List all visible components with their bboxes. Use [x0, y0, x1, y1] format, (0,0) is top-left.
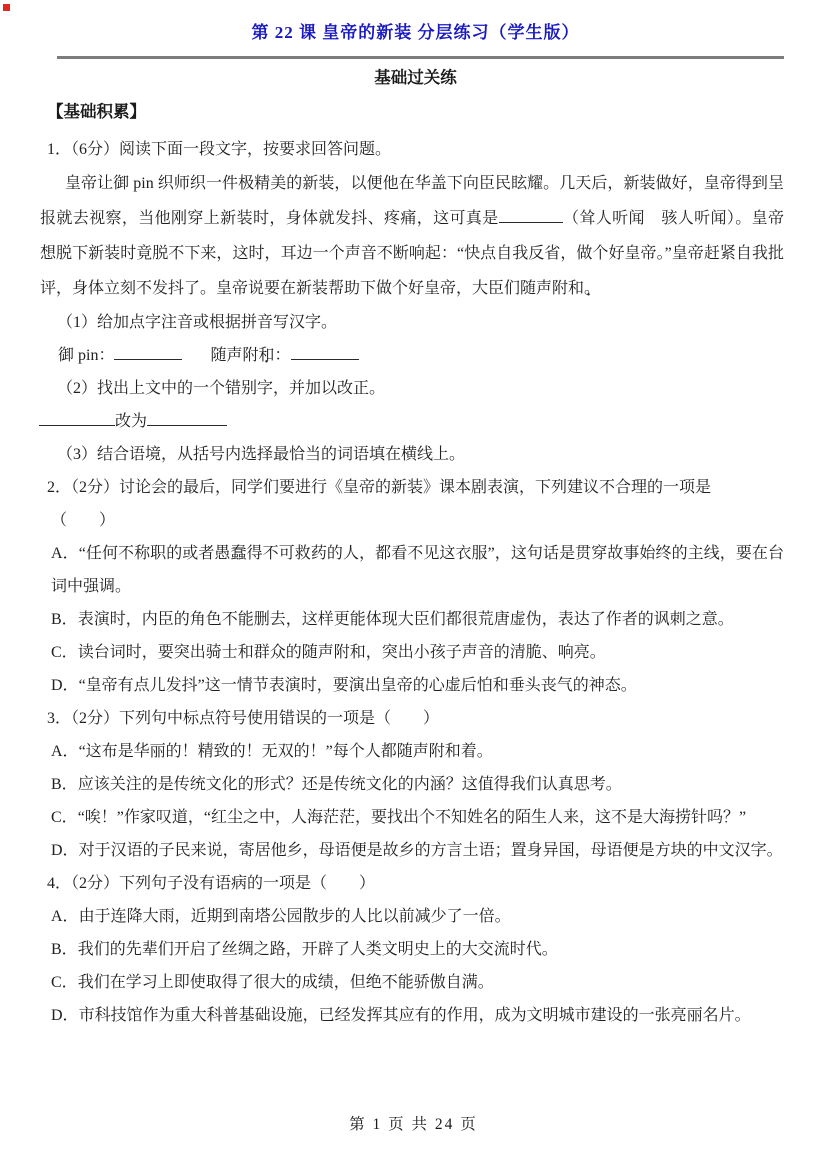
option-label: B． [51, 611, 78, 628]
option-label: C． [51, 809, 78, 826]
correction-blank-2 [147, 408, 227, 426]
q2-option-a: A．“任何不称职的或者愚蠢得不可救药的人，都看不见这衣服”，这句话是贯穿故事始终… [51, 537, 784, 603]
option-text: 市科技馆作为重大科普基础设施，已经发挥其应有的作用，成为文明城市建设的一张亮丽名… [79, 1007, 751, 1024]
q1-fill-line: 御 pin：随声附和： [58, 339, 784, 372]
q1-fill-dotted-char: 和 [258, 347, 274, 364]
section-title: 基础过关练 [47, 66, 784, 90]
option-text: 读台词时，要突出骑士和群众的随声附和，突出小孩子声音的清脆、响亮。 [78, 644, 606, 661]
q1-correction-line: 改为 [39, 405, 784, 438]
option-text: “唉！”作家叹道，“红尘之中，人海茫茫，要找出个不知姓名的陌生人来，这不是大海捞… [78, 809, 746, 826]
q1-fill-label-2: 随声附 [210, 347, 258, 364]
option-label: C． [51, 974, 78, 991]
q3-option-d: D．对于汉语的子民来说，寄居他乡，母语便是故乡的方言土语；置身异国，母语便是方块… [51, 834, 784, 867]
page-content: 第 22 课 皇帝的新装 分层练习（学生版） 基础过关练 【基础积累】 1．（6… [0, 0, 827, 1032]
option-text: 应该关注的是传统文化的形式？还是传统文化的内涵？这值得我们认真思考。 [78, 776, 622, 793]
option-text: 由于连降大雨，近期到南塔公园散步的人比以前减少了一倍。 [79, 908, 511, 925]
q3-option-b: B．应该关注的是传统文化的形式？还是传统文化的内涵？这值得我们认真思考。 [51, 768, 784, 801]
option-text: “这布是华丽的！精致的！无双的！”每个人都随声附和着。 [79, 743, 493, 760]
q1-sub2: （2）找出上文中的一个错别字，并加以改正。 [57, 372, 784, 405]
option-label: B． [51, 941, 78, 958]
q1-stem: 1．（6分）阅读下面一段文字，按要求回答问题。 [47, 133, 784, 166]
page-number: 第 1 页 共 24 页 [0, 1112, 827, 1134]
option-text: “皇帝有点儿发抖”这一情节表演时，要演出皇帝的心虚后怕和垂头丧气的神态。 [79, 677, 637, 694]
page-title: 第 22 课 皇帝的新装 分层练习（学生版） [47, 21, 784, 45]
q2-stem: 2．（2分）讨论会的最后，同学们要进行《皇帝的新装》课本剧表演，下列建议不合理的… [47, 471, 784, 504]
q2-option-d: D．“皇帝有点儿发抖”这一情节表演时，要演出皇帝的心虚后怕和垂头丧气的神态。 [51, 669, 784, 702]
block-heading: 【基础积累】 [47, 100, 784, 124]
option-label: D． [51, 1007, 79, 1024]
q1-fill-label-2-colon: ： [274, 347, 290, 364]
option-text: 我们的先辈们开启了丝绸之路，开辟了人类文明史上的大交流时代。 [78, 941, 558, 958]
answer-blank-zhuyin [291, 342, 359, 360]
q3-stem: 3．（2分）下列句中标点符号使用错误的一项是（ ） [47, 702, 784, 735]
option-label: C． [51, 644, 78, 661]
header-divider [57, 56, 784, 59]
red-corner-mark [3, 4, 10, 11]
option-label: A． [51, 908, 79, 925]
q1-fill-label-1: 御 pin： [58, 347, 114, 364]
q2-option-c: C．读台词时，要突出骑士和群众的随声附和，突出小孩子声音的清脆、响亮。 [51, 636, 784, 669]
option-label: D． [51, 842, 79, 859]
answer-blank-pinyin [114, 342, 182, 360]
option-text: “任何不称职的或者愚蠢得不可救药的人，都看不见这衣服”，这句话是贯穿故事始终的主… [51, 545, 784, 595]
q3-option-a: A．“这布是华丽的！精致的！无双的！”每个人都随声附和着。 [51, 735, 784, 768]
option-text: 我们在学习上即使取得了很大的成绩，但绝不能骄傲自满。 [78, 974, 494, 991]
option-label: D． [51, 677, 79, 694]
q4-option-a: A．由于连降大雨，近期到南塔公园散步的人比以前减少了一倍。 [51, 900, 784, 933]
q2-option-b: B．表演时，内臣的角色不能删去，这样更能体现大臣们都很荒唐虚伪，表达了作者的讽刺… [51, 603, 784, 636]
q3-option-c: C．“唉！”作家叹道，“红尘之中，人海茫茫，要找出个不知姓名的陌生人来，这不是大… [51, 801, 784, 834]
option-label: A． [51, 743, 79, 760]
worksheet-page: 第 22 课 皇帝的新装 分层练习（学生版） 基础过关练 【基础积累】 1．（6… [0, 0, 827, 1169]
q4-option-d: D．市科技馆作为重大科普基础设施，已经发挥其应有的作用，成为文明城市建设的一张亮… [51, 999, 784, 1032]
q1-passage: 皇帝让御 pin 织师织一件极精美的新装，以便他在华盖下向臣民眩耀。几天后，新装… [40, 166, 784, 306]
correction-blank-1 [39, 408, 115, 426]
q4-option-b: B．我们的先辈们开启了丝绸之路，开辟了人类文明史上的大交流时代。 [51, 933, 784, 966]
q1-sub3: （3）结合语境，从括号内选择最恰当的词语填在横线上。 [57, 438, 784, 471]
passage-fill-blank [499, 205, 563, 223]
q1-sub1: （1）给加点字注音或根据拼音写汉字。 [57, 306, 784, 339]
q2-answer-paren: （ ） [51, 504, 784, 537]
q4-stem: 4．（2分）下列句子没有语病的一项是（ ） [47, 867, 784, 900]
option-label: B． [51, 776, 78, 793]
q1-passage-dotted-char: 和 [568, 280, 584, 297]
correction-label: 改为 [115, 413, 147, 430]
q4-option-c: C．我们在学习上即使取得了很大的成绩，但绝不能骄傲自满。 [51, 966, 784, 999]
option-text: 对于汉语的子民来说，寄居他乡，母语便是故乡的方言土语；置身异国，母语便是方块的中… [79, 842, 783, 859]
option-label: A． [51, 545, 79, 562]
option-text: 表演时，内臣的角色不能删去，这样更能体现大臣们都很荒唐虚伪，表达了作者的讽刺之意… [78, 611, 734, 628]
